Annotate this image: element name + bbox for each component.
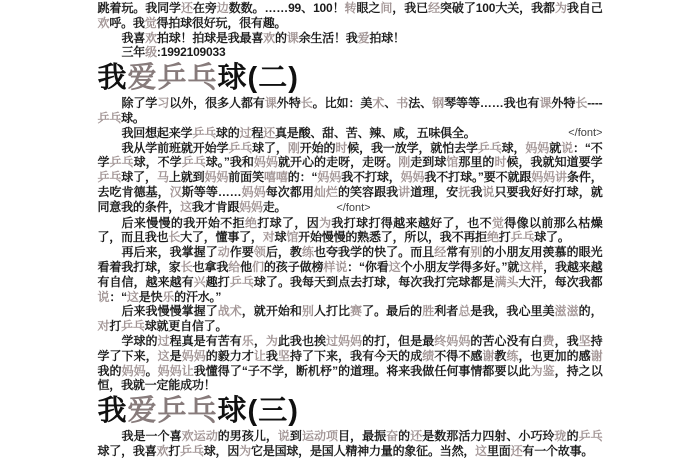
variant-character: 战术 xyxy=(218,304,242,318)
variant-character: 妈妈 xyxy=(205,170,229,184)
variant-character: 乒乓 xyxy=(192,126,216,140)
variant-character: 谢 xyxy=(482,349,494,363)
text-segment: 。比如：美 xyxy=(313,96,373,110)
text-segment: 此我也挨 xyxy=(278,334,326,348)
text-segment: 后来慢慢的我开始不拒 xyxy=(122,216,245,230)
variant-character: 刚 xyxy=(398,155,410,169)
text-segment: 球的 xyxy=(216,126,240,140)
text-segment: ---- xyxy=(587,96,602,110)
variant-character: 觉 xyxy=(145,16,157,30)
variant-character: 乒乓 xyxy=(511,230,535,244)
variant-character: 珑 xyxy=(555,429,567,443)
text-segment: 我不打球。”要不就跟 xyxy=(424,170,531,184)
paragraph-continuation: 跳着玩。我同学还在旁边数数。……99、100！转眼之间，我已经突破了100大关，… xyxy=(98,1,603,31)
text-segment: 大汗，每次我都 xyxy=(519,275,603,289)
variant-character: 乒乓 xyxy=(478,141,502,155)
text-segment: 就 xyxy=(549,141,561,155)
variant-character: 还 xyxy=(181,1,193,15)
variant-character: 这 xyxy=(127,290,139,304)
variant-character: 赛 xyxy=(350,304,362,318)
variant-character: 绝 xyxy=(245,216,257,230)
variant-character: 这 xyxy=(475,444,487,458)
variant-character: 间 xyxy=(380,1,392,15)
text-segment: 我懂得了“子不学，断机杼”的道理。将来我做任何事情都要以此 xyxy=(194,364,531,378)
variant-character: 钢 xyxy=(432,96,444,110)
document-page: 跳着玩。我同学还在旁边数数。……99、100！转眼之间，我已经突破了100大关，… xyxy=(98,0,603,459)
text-segment: 球(三) xyxy=(218,395,299,427)
variant-character: 经 xyxy=(428,1,440,15)
text-segment: ， xyxy=(254,334,266,348)
variant-character: 欢 xyxy=(145,31,157,45)
text-segment: 走到球 xyxy=(410,155,446,169)
variant-character: 乒乓 xyxy=(110,155,134,169)
text-segment: 到 xyxy=(290,429,302,443)
variant-character: 们 xyxy=(252,260,264,274)
text-segment: 的男孩儿， xyxy=(218,429,278,443)
text-segment: 、 xyxy=(384,96,396,110)
text-segment: 也夸我学的快了。而且 xyxy=(314,245,434,259)
variant-character: 长 xyxy=(181,260,193,274)
variant-character: 妈妈 xyxy=(122,364,146,378)
text-segment: 外特 xyxy=(277,96,301,110)
variant-character: 乒乓 xyxy=(180,444,204,458)
variant-character: 爱 xyxy=(358,31,370,45)
variant-character: 转 xyxy=(345,1,357,15)
variant-character: 术 xyxy=(372,96,384,110)
variant-character: 说 xyxy=(98,290,110,304)
variant-character: 乒乓 xyxy=(228,141,252,155)
text-segment: 前面笑 xyxy=(228,170,264,184)
text-segment: 真是酸、甜、苦、辣、咸，五味俱全。 xyxy=(275,126,476,140)
text-segment: 余生活！我 xyxy=(299,31,358,45)
variant-character: 长 xyxy=(575,96,587,110)
text-segment: 每次都用 xyxy=(266,185,314,199)
text-segment: 后，教 xyxy=(266,245,302,259)
text-segment: :1992109033 xyxy=(157,45,226,59)
text-segment: 外特 xyxy=(551,96,575,110)
text-segment: 球了。 xyxy=(534,230,569,244)
variant-character: 级 xyxy=(145,45,157,59)
text-segment: 再后来，我掌握了 xyxy=(122,245,218,259)
variant-character: 馆 xyxy=(286,230,298,244)
text-segment: 开始的 xyxy=(300,141,336,155)
text-segment: 我是一个喜 xyxy=(122,429,182,443)
text-segment: 我从学前班就开始学 xyxy=(122,141,229,155)
paragraph-closing: 我喜欢拍球！拍球是我最喜欢的课余生活！我爱拍球！ xyxy=(98,31,603,46)
text-segment: ：“你看 xyxy=(347,260,389,274)
text-segment: 球，因 xyxy=(204,444,239,458)
text-segment: 是数那活力四射、小巧玲 xyxy=(422,429,554,443)
font-tag-artifact: </font> xyxy=(544,126,602,141)
text-segment: 打 xyxy=(168,444,180,458)
variant-character: 书 xyxy=(396,96,408,110)
variant-character: 经 xyxy=(434,245,446,259)
variant-character: 长 xyxy=(168,230,180,244)
text-segment: 以外，很多人都有 xyxy=(169,96,265,110)
text-segment: 的汗水。” xyxy=(174,290,221,304)
variant-character: 嘻嘻 xyxy=(264,170,288,184)
text-segment: 球 xyxy=(275,230,287,244)
text-segment: 我自己 xyxy=(567,1,603,15)
variant-character: 乒乓 xyxy=(579,429,603,443)
variant-character: 总 xyxy=(458,304,470,318)
text-segment: 教 xyxy=(494,349,506,363)
variant-character: 妈妈 xyxy=(401,170,425,184)
variant-character: 过 xyxy=(158,334,170,348)
text-segment: 球了，我喜 xyxy=(98,444,157,458)
variant-character: 欢运动 xyxy=(182,429,218,443)
text-segment: 球了， xyxy=(252,141,288,155)
text-segment: 法、 xyxy=(408,96,432,110)
text-segment: 除了学 xyxy=(122,96,158,110)
font-tag-artifact: </font> xyxy=(336,202,370,214)
variant-character: 领 xyxy=(254,245,266,259)
text-segment: 我才肯跟 xyxy=(192,200,239,214)
text-segment: 程 xyxy=(251,126,263,140)
variant-character: 长 xyxy=(301,96,313,110)
variant-character: 运动项 xyxy=(302,429,338,443)
paragraph-gratitude: 学球的过程真是有苦有乐，为此我也挨过妈妈的打，但是最终妈妈的苦心没有白费，我坚持… xyxy=(98,334,603,393)
variant-character: 妈妈 xyxy=(254,155,278,169)
text-segment: 候，我就知道要学 xyxy=(506,155,602,169)
paragraph-intro: 除了学习以外，很多人都有课外特长。比如：美术、书法、钢琴等等……我也有课外特长-… xyxy=(98,96,603,126)
text-segment: 也拿我 xyxy=(193,260,229,274)
text-segment: 有一个故事。 xyxy=(522,444,593,458)
text-segment: 。 xyxy=(146,364,158,378)
text-segment: 学球的 xyxy=(122,334,158,348)
text-segment: 作要 xyxy=(230,245,254,259)
text-segment: 不得不感 xyxy=(434,349,482,363)
variant-character: 妈妈 xyxy=(182,349,206,363)
variant-character: 刚 xyxy=(288,141,300,155)
text-segment: 斯等等…… xyxy=(182,185,242,199)
text-segment: 球。 xyxy=(121,111,145,125)
text-segment: 的毅力才 xyxy=(206,349,254,363)
variant-character: 边 xyxy=(217,1,229,15)
text-segment: 他 xyxy=(240,260,252,274)
text-segment: 球，不学 xyxy=(134,155,182,169)
variant-character: 让 xyxy=(254,349,266,363)
text-segment: 程真是有苦有 xyxy=(170,334,242,348)
text-segment: 打 xyxy=(499,230,511,244)
variant-character: 灿烂 xyxy=(314,185,338,199)
variant-character: 爱乒乓 xyxy=(128,62,218,94)
variant-character: 还 xyxy=(410,429,422,443)
text-segment: 球了。我每天到点去打球，每次我打完球都是 xyxy=(254,275,495,289)
variant-character: 为 xyxy=(555,1,567,15)
text-segment: 那里的 xyxy=(458,155,494,169)
text-segment: 琴等等……我也有 xyxy=(444,96,539,110)
variant-character: 乒乓 xyxy=(98,170,122,184)
variant-character: 练 xyxy=(302,245,314,259)
student-id-line: 三年级:1992109033 xyxy=(98,45,603,60)
variant-character: 费 xyxy=(543,334,555,348)
variant-character: 妈妈 xyxy=(239,200,263,214)
variant-character: 马 xyxy=(157,170,169,184)
text-segment: ，就开始和 xyxy=(242,304,302,318)
paragraph-preschool: 我从学前班就开始学乒乓球了，刚开始的时候，我一放学，就怕去学乒乓球，妈妈就说：“… xyxy=(98,141,603,216)
text-segment: 就开心的走呀，走呀。 xyxy=(278,155,398,169)
text-segment: 跳着玩。我同学 xyxy=(98,1,181,15)
paragraph-no-refuse: 后来慢慢的我开始不拒绝打球了，因为我打球打得越来越好了，也不觉得像以前那么枯燥了… xyxy=(98,216,603,246)
variant-character: 时 xyxy=(335,141,347,155)
text-segment: 我 xyxy=(98,62,128,94)
variant-character: 乐 xyxy=(242,334,254,348)
text-segment: 道理，安 xyxy=(410,185,458,199)
variant-character: 爱乒乓 xyxy=(128,395,218,427)
variant-character: 绝 xyxy=(487,230,499,244)
variant-character: 妈妈 xyxy=(317,170,341,184)
variant-character: 这样 xyxy=(519,260,543,274)
text-segment: 突破了100大关，我都 xyxy=(440,1,555,15)
variant-character: 胜 xyxy=(422,304,434,318)
text-segment: 球就更自信了。 xyxy=(145,319,228,333)
paragraph-five-flavors: 我回想起来学乒乓球的过程还真是酸、甜、苦、辣、咸，五味俱全。</font> xyxy=(98,126,603,141)
variant-character: 还 xyxy=(263,126,275,140)
variant-character: 觉 xyxy=(492,216,504,230)
variant-character: 欢 xyxy=(157,444,169,458)
text-segment: 常有 xyxy=(446,245,470,259)
variant-character: 妈妈 xyxy=(241,185,265,199)
variant-character: 说 xyxy=(278,429,290,443)
text-segment: ：“ xyxy=(109,290,127,304)
paragraph-confidence: 再后来，我掌握了动作要领后，教练也夸我学的快了。而且经常有别的小朋友用羡慕的眼光… xyxy=(98,245,603,304)
variant-character: 坚 xyxy=(278,349,290,363)
variant-character: 这 xyxy=(180,200,192,214)
text-segment: 是我，我心里美 xyxy=(470,304,554,318)
variant-character: 给 xyxy=(228,260,240,274)
text-segment: 我喜 xyxy=(122,31,146,45)
variant-character: 绩 xyxy=(422,349,434,363)
variant-character: 欢 xyxy=(98,16,110,30)
variant-character: 谢 xyxy=(591,349,603,363)
variant-character: 过 xyxy=(240,126,252,140)
variant-character: 乐 xyxy=(162,290,174,304)
variant-character: 奋 xyxy=(386,429,398,443)
variant-character: 样说 xyxy=(323,260,347,274)
text-segment: 的打，但是最 xyxy=(362,334,434,348)
text-segment: 的 xyxy=(398,429,410,443)
variant-character: 习 xyxy=(157,96,169,110)
variant-character: 课 xyxy=(287,31,299,45)
text-segment: 球， xyxy=(502,141,526,155)
variant-character: 对 xyxy=(263,230,275,244)
variant-character: 说 xyxy=(482,185,494,199)
text-segment: 得拍球很好玩，很有趣。 xyxy=(157,16,287,30)
text-segment: 我的 xyxy=(98,364,122,378)
text-segment: 三年 xyxy=(122,45,146,59)
text-segment: 上就到 xyxy=(169,170,205,184)
text-segment: 拍球！拍球是我最喜 xyxy=(157,31,263,45)
paragraph-boy-sports: 我是一个喜欢运动的男孩儿，说到运动项目，最振奋的还是数那活力四射、小巧玲珑的乒乓… xyxy=(98,429,603,459)
variant-character: 还 xyxy=(511,444,523,458)
text-segment: 的， xyxy=(579,304,603,318)
variant-character: 滋滋 xyxy=(555,304,579,318)
text-segment: 的 xyxy=(567,429,579,443)
variant-character: 乒乓 xyxy=(230,275,254,289)
text-segment: 打球了，因 xyxy=(257,216,319,230)
variant-character: 这 xyxy=(158,349,170,363)
text-segment: 的：“ xyxy=(288,170,318,184)
text-segment: 呼。我 xyxy=(109,16,144,30)
text-segment: 持了下来，我有今天的成 xyxy=(290,349,422,363)
variant-character: 为 xyxy=(239,444,251,458)
variant-character: 说 xyxy=(561,141,573,155)
variant-character: 为鉴 xyxy=(531,364,555,378)
text-segment: 是快 xyxy=(139,290,163,304)
text-segment: 眼之 xyxy=(356,1,380,15)
variant-character: 时 xyxy=(494,155,506,169)
text-segment: 拍球！ xyxy=(369,31,404,45)
variant-character: 动 xyxy=(218,245,230,259)
variant-character: 过妈妈 xyxy=(326,334,362,348)
text-segment: 的苦心没有白 xyxy=(470,334,542,348)
variant-character: 为 xyxy=(266,334,278,348)
variant-character: 抚 xyxy=(458,185,470,199)
text-segment: 球了， xyxy=(121,170,157,184)
text-segment: 开始慢慢的熟悉了，所以，我不再拒 xyxy=(298,230,487,244)
variant-character: 这 xyxy=(389,260,401,274)
text-segment: 的笑容跟我 xyxy=(338,185,398,199)
variant-character: 馆 xyxy=(446,155,458,169)
variant-character: 乒乓 xyxy=(121,319,145,333)
text-segment: 的 xyxy=(275,31,287,45)
variant-character: 妈妈让 xyxy=(158,364,194,378)
text-segment: 我回想起来学 xyxy=(122,126,193,140)
variant-character: 妈妈讲 xyxy=(531,170,567,184)
text-segment: 里面 xyxy=(487,444,511,458)
text-segment: 我打球打得越来越好了，也不 xyxy=(331,216,492,230)
text-segment: 我不打球， xyxy=(341,170,400,184)
text-segment: 后来我慢慢掌握了 xyxy=(122,304,218,318)
variant-character: 别 xyxy=(470,245,482,259)
text-segment: 打 xyxy=(109,319,121,333)
variant-character: 对 xyxy=(98,319,110,333)
text-segment: 目，最振 xyxy=(338,429,386,443)
variant-character: 课 xyxy=(539,96,551,110)
text-segment: 它是国球，是国人精神力量的象征。当然， xyxy=(251,444,475,458)
variant-character: 别 xyxy=(302,304,314,318)
essay-title-3: 我爱乒乓球(三) xyxy=(98,395,603,427)
variant-character: 课 xyxy=(265,96,277,110)
text-segment: 在旁 xyxy=(193,1,217,15)
text-segment: ，我已 xyxy=(392,1,428,15)
variant-character: 终妈妈 xyxy=(434,334,470,348)
text-segment: 球。”我和 xyxy=(206,155,254,169)
text-segment: 我 xyxy=(470,185,482,199)
variant-character: 讲 xyxy=(398,185,410,199)
text-segment: 了。最后的 xyxy=(362,304,422,318)
text-segment: 利者 xyxy=(434,304,458,318)
variant-character: 汉 xyxy=(170,185,182,199)
text-segment: 趣打 xyxy=(206,275,230,289)
text-segment: 我 xyxy=(266,349,278,363)
text-segment: 人打比 xyxy=(314,304,350,318)
paragraph-winner: 后来我慢慢掌握了战术，就开始和别人打比赛了。最后的胜利者总是我，我心里美滋滋的，… xyxy=(98,304,603,334)
text-segment: 走。 xyxy=(263,200,287,214)
text-segment: 数数。……99、100！ xyxy=(229,1,345,15)
variant-character: 妈妈 xyxy=(525,141,549,155)
text-segment: ，我 xyxy=(555,334,579,348)
essay-title-2: 我爱乒乓球(二) xyxy=(98,62,603,94)
variant-character: 欢 xyxy=(263,31,275,45)
variant-character: 为 xyxy=(319,216,331,230)
text-segment: 我 xyxy=(98,395,128,427)
text-segment: 大了，懂事了， xyxy=(180,230,263,244)
variant-character: 坚 xyxy=(579,334,591,348)
variant-character: 乒乓 xyxy=(182,155,206,169)
text-segment: 候，我一放学，就怕去学 xyxy=(347,141,478,155)
text-segment: 的孩子做榜 xyxy=(264,260,323,274)
variant-character: 兴 xyxy=(194,275,206,289)
text-segment: 是 xyxy=(170,349,182,363)
variant-character: 乒乓 xyxy=(98,111,122,125)
variant-character: 满头 xyxy=(494,275,518,289)
variant-character: 练 xyxy=(506,349,518,363)
text-segment: 球(二) xyxy=(218,62,299,94)
text-segment: 个小朋友学得多好。”就 xyxy=(401,260,520,274)
essay-document: 跳着玩。我同学还在旁边数数。……99、100！转眼之间，我已经突破了100大关，… xyxy=(98,1,603,459)
text-segment: ，也更加的感 xyxy=(518,349,590,363)
